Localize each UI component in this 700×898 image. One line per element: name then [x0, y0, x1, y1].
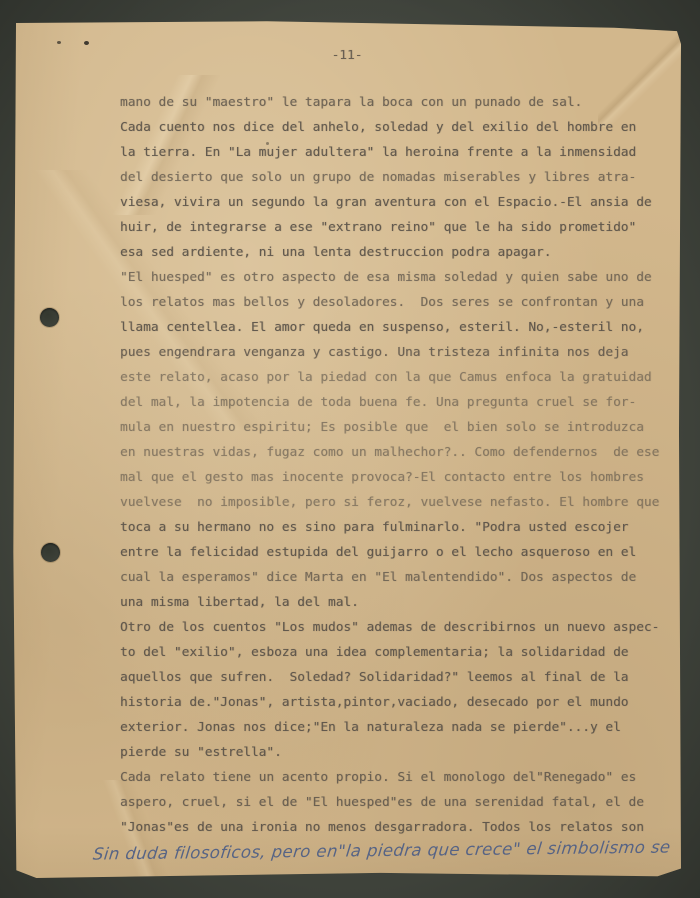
- page-number: -11-: [13, 48, 681, 64]
- typed-line: "Jonas"es de una ironia no menos desgarr…: [120, 815, 680, 840]
- typed-line: pierde su "estrella".: [120, 740, 680, 765]
- typed-line: to del "exilio", esboza una idea complem…: [120, 640, 680, 665]
- typed-line: llama centellea. El amor queda en suspen…: [120, 315, 680, 340]
- typed-line: huir, de integrarse a ese "extrano reino…: [120, 215, 680, 240]
- punch-hole-top: [40, 308, 59, 327]
- typed-line: exterior. Jonas nos dice;"En la naturale…: [120, 715, 680, 740]
- typed-line: toca a su hermano no es sino para fulmin…: [120, 515, 680, 540]
- typed-line: "El huesped" es otro aspecto de esa mism…: [120, 265, 680, 290]
- photo-background: -11- mano de su "maestro" le tapara la b…: [0, 0, 700, 898]
- typed-line: este relato, acaso por la piedad con la …: [120, 365, 680, 390]
- typed-line: los relatos mas bellos y desoladores. Do…: [120, 290, 680, 315]
- punch-hole-bottom: [41, 543, 60, 562]
- paper-speck: [57, 41, 61, 44]
- typed-line: Cada relato tiene un acento propio. Si e…: [120, 765, 680, 790]
- typed-line: entre la felicidad estupida del guijarro…: [120, 540, 680, 565]
- typed-line: mal que el gesto mas inocente provoca?-E…: [120, 465, 680, 490]
- typed-line: Otro de los cuentos "Los mudos" ademas d…: [120, 615, 680, 640]
- handwritten-note: Sin duda filosoficos, pero en"la piedra …: [92, 836, 679, 865]
- typed-line: mano de su "maestro" le tapara la boca c…: [120, 90, 680, 115]
- typed-line: del mal, la impotencia de toda buena fe.…: [120, 390, 680, 415]
- paper-speck: [84, 41, 89, 45]
- typed-line: una misma libertad, la del mal.: [120, 590, 680, 615]
- typed-line: Cada cuento nos dice del anhelo, soledad…: [120, 115, 680, 140]
- typed-line: del desierto que solo un grupo de nomada…: [120, 165, 680, 190]
- typed-line: la tierra. En "La mujer adultera" la her…: [120, 140, 680, 165]
- document-page: -11- mano de su "maestro" le tapara la b…: [13, 20, 681, 878]
- typed-line: vuelvese no imposible, pero si feroz, vu…: [120, 490, 680, 515]
- typed-line: mula en nuestro espiritu; Es posible que…: [120, 415, 680, 440]
- typed-line: historia de."Jonas", artista,pintor,vaci…: [120, 690, 680, 715]
- typed-line: aspero, cruel, si el de "El huesped"es d…: [120, 790, 680, 815]
- typed-line: esa sed ardiente, ni una lenta destrucci…: [120, 240, 680, 265]
- typed-text: mano de su "maestro" le tapara la boca c…: [120, 90, 680, 840]
- typed-line: pues engendrara venganza y castigo. Una …: [120, 340, 680, 365]
- typed-line: cual la esperamos" dice Marta en "El mal…: [120, 565, 680, 590]
- typed-line: viesa, vivira un segundo la gran aventur…: [120, 190, 680, 215]
- typed-line: en nuestras vidas, fugaz como un malhech…: [120, 440, 680, 465]
- typed-line: aquellos que sufren. Soledad? Solidarida…: [120, 665, 680, 690]
